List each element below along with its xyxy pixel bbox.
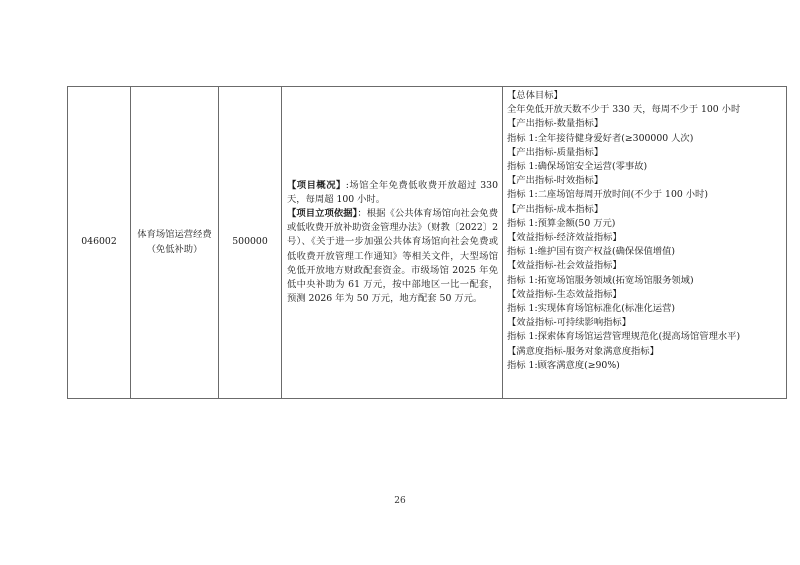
overview-label: 【项目概况】 <box>287 180 346 191</box>
goal-heading: 【效益指标-可持续影响指标】 <box>507 316 782 330</box>
goal-line: 指标 1:二座场馆每周开放时间(不少于 100 小时) <box>507 188 782 202</box>
amount-cell: 500000 <box>219 87 282 399</box>
document-page: 046002 体育场馆运营经费（免低补助） 500000 【项目概况】:场馆全年… <box>0 0 800 565</box>
goal-heading: 【效益指标-社会效益指标】 <box>507 259 782 273</box>
table-row: 046002 体育场馆运营经费（免低补助） 500000 【项目概况】:场馆全年… <box>68 87 787 399</box>
goal-heading: 【满意度指标-服务对象满意度指标】 <box>507 345 782 359</box>
goal-heading: 【效益指标-生态效益指标】 <box>507 288 782 302</box>
overview-paragraph: 【项目概况】:场馆全年免费低收费开放超过 330 天，每周超 100 小时。 <box>287 179 498 207</box>
goal-line: 指标 1:预算金额(50 万元) <box>507 217 782 231</box>
project-code-cell: 046002 <box>68 87 131 399</box>
performance-goals-cell: 【总体目标】 全年免低开放天数不少于 330 天，每周不少于 100 小时 【产… <box>503 87 787 399</box>
basis-text: ：根据《公共体育场馆向社会免费或低收费开放补助资金管理办法》（财教〔2022〕2… <box>287 208 498 304</box>
goal-heading: 【产出指标-质量指标】 <box>507 146 782 160</box>
goal-line: 指标 1:实现体育场馆标准化(标准化运营) <box>507 302 782 316</box>
goal-line: 全年免低开放天数不少于 330 天，每周不少于 100 小时 <box>507 103 782 117</box>
goal-heading: 【产出指标-数量指标】 <box>507 117 782 131</box>
basis-label: 【项目立项依据】 <box>287 208 357 219</box>
project-description-cell: 【项目概况】:场馆全年免费低收费开放超过 330 天，每周超 100 小时。 【… <box>282 87 503 399</box>
basis-paragraph: 【项目立项依据】：根据《公共体育场馆向社会免费或低收费开放补助资金管理办法》（财… <box>287 207 498 306</box>
goal-line: 指标 1:全年接待健身爱好者(≥300000 人次) <box>507 132 782 146</box>
goal-heading: 【产出指标-成本指标】 <box>507 203 782 217</box>
goal-line: 指标 1:顾客满意度(≥90%) <box>507 359 782 373</box>
goal-line: 指标 1:维护国有资产权益(确保保值增值) <box>507 245 782 259</box>
goal-heading: 【效益指标-经济效益指标】 <box>507 231 782 245</box>
goal-line: 指标 1:拓宽场馆服务领域(拓宽场馆服务领域) <box>507 274 782 288</box>
budget-table: 046002 体育场馆运营经费（免低补助） 500000 【项目概况】:场馆全年… <box>67 86 787 399</box>
goal-heading: 【总体目标】 <box>507 89 782 103</box>
goal-heading: 【产出指标-时效指标】 <box>507 174 782 188</box>
goal-line: 指标 1:确保场馆安全运营(零事故) <box>507 160 782 174</box>
page-number: 26 <box>0 496 800 506</box>
project-name-cell: 体育场馆运营经费（免低补助） <box>131 87 219 399</box>
goal-line: 指标 1:探索体育场馆运营管理规范化(提高场馆管理水平) <box>507 330 782 344</box>
